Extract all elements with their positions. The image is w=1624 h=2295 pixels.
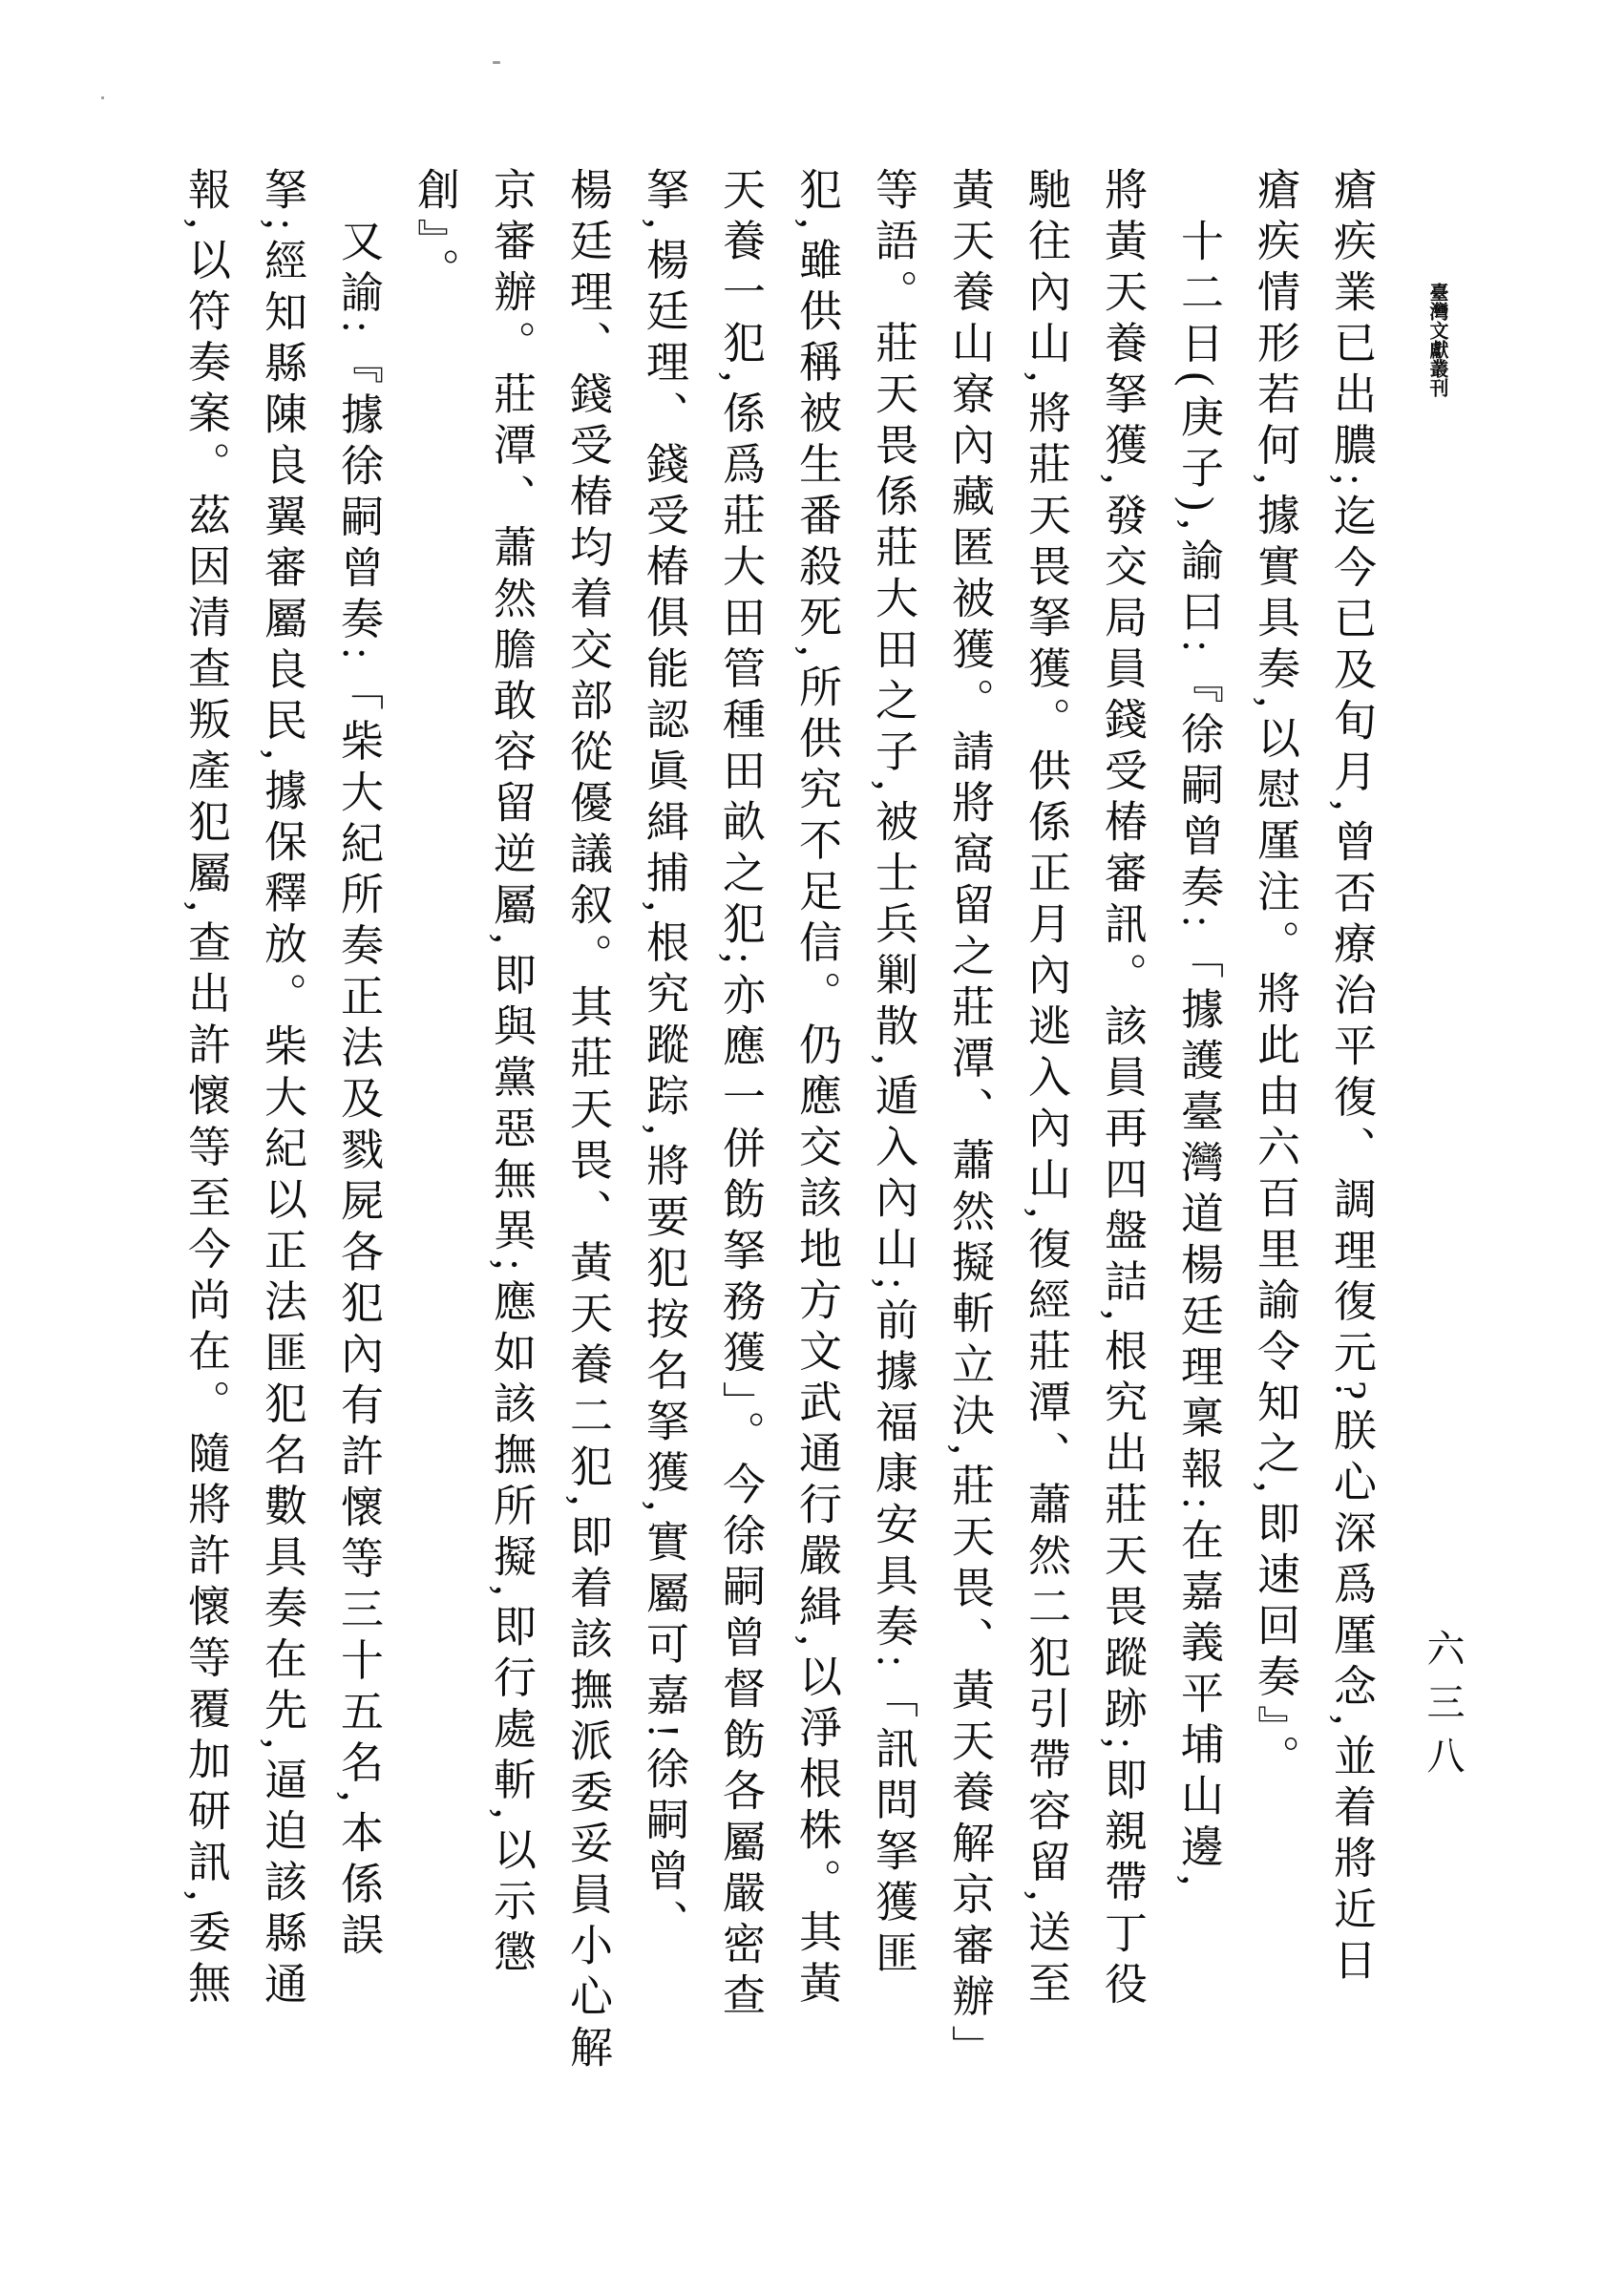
text-column-3: 十二日(庚子),諭曰:『徐嗣曾奏:「據護臺灣道楊廷理稟報:在嘉義平埔山邊, (1160, 167, 1236, 2143)
text-column-1: 瘡疾業已出膿;迄今已及旬月,曾否療治平復、調理復元?朕心深爲厪念,並着將近日 (1313, 167, 1389, 2143)
text-column-6: 黃天養山寮內藏匿被獲。請將窩留之莊潭、蕭然擬斬立決,莊天畏、黃天養解京審辦」 (931, 167, 1007, 2143)
text-column-4: 將黃天養拏獲,發交局員錢受椿審訊。該員再四盤詰,根究出莊天畏蹤跡;即親帶丁役 (1084, 167, 1160, 2143)
text-column-11: 楊廷理、錢受椿均着交部從優議叙。其莊天畏、黃天養二犯,即着該撫派委妥員小心解 (549, 167, 625, 2143)
text-column-7: 等語。莊天畏係莊大田之子,被士兵剿散,遁入內山;前據福康安具奏:「訊問拏獲匪 (854, 167, 931, 2143)
scan-speck (101, 96, 104, 99)
text-block: 瘡疾業已出膿;迄今已及旬月,曾否療治平復、調理復元?朕心深爲厪念,並着將近日瘡疾… (0, 0, 1624, 2295)
text-column-14: 又諭:『據徐嗣曾奏:「柴大紀所奏正法及戮屍各犯內有許懷等三十五名,本係誤 (320, 167, 396, 2143)
text-column-15: 拏;經知縣陳良翼審屬良民,據保釋放。柴大紀以正法匪犯名數具奏在先,逼迫該縣通 (243, 167, 320, 2143)
scan-speck (493, 61, 500, 64)
text-column-5: 馳往內山,將莊天畏拏獲。供係正月內逃入內山,復經莊潭、蕭然二犯引帶容留,送至 (1007, 167, 1084, 2143)
text-column-16: 報,以符奏案。茲因清查叛產犯屬,查出許懷等至今尚在。隨將許懷等覆加研訊,委無 (167, 167, 243, 2143)
text-column-9: 天養一犯,係爲莊大田管種田畝之犯;亦應一併飭拏務獲」。今徐嗣曾督飭各屬嚴密查 (702, 167, 778, 2143)
scanned-book-page: 臺灣文獻叢刊 瘡疾業已出膿;迄今已及旬月,曾否療治平復、調理復元?朕心深爲厪念,… (0, 0, 1624, 2295)
text-column-12: 京審辦。莊潭、蕭然膽敢容留逆屬,即與黨惡無異;應如該撫所擬,即行處斬,以示懲 (473, 167, 549, 2143)
text-column-10: 拏,楊廷理、錢受椿俱能認眞緝捕,根究蹤踪,將要犯按名拏獲,實屬可嘉!徐嗣曾、 (625, 167, 702, 2143)
text-column-13: 創』。 (396, 167, 473, 2143)
text-column-2: 瘡疾情形若何,據實具奏,以慰厪注。將此由六百里諭令知之,即速回奏』。 (1236, 167, 1313, 2143)
page-number: 六三八 (1421, 1629, 1465, 1789)
text-column-8: 犯,雖供稱被生番殺死,所供究不足信。仍應交該地方文武通行嚴緝,以淨根株。其黃 (778, 167, 854, 2143)
